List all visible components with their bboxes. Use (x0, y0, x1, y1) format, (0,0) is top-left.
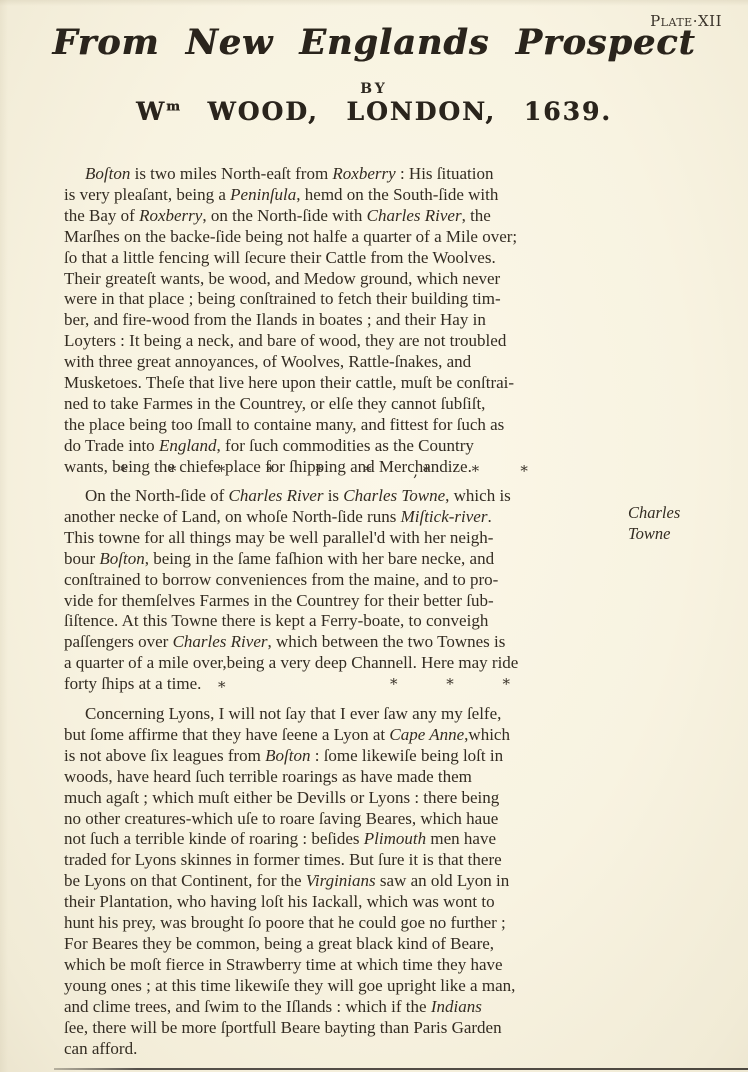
bottom-edge-line (54, 1068, 748, 1070)
text-line: were in that place ; being conſtrained t… (64, 289, 630, 310)
asterisk-ornament: * (218, 678, 226, 696)
text-line: be Lyons on that Continent, for the Virg… (64, 871, 630, 892)
ornament-row-2: *** (390, 675, 510, 693)
text-line: paſſengers over Charles River, which bet… (64, 632, 630, 653)
asterisk-ornament: * (315, 462, 323, 480)
text-line: another necke of Land, on whoſe North-ſi… (64, 507, 630, 528)
author-superscript: m (166, 100, 180, 115)
text-line: Boſton is two miles North-eaſt from Roxb… (64, 164, 630, 185)
text-line: ſee, there will be more ſportfull Beare … (64, 1018, 630, 1039)
text-line: Loyters : It being a neck, and bare of w… (64, 331, 630, 352)
text-line: Musketoes. Theſe that live here upon the… (64, 373, 630, 394)
paragraph-charles-towne: On the North-ſide of Charles River is Ch… (64, 486, 630, 695)
document-title: From New Englands Prospect (0, 22, 748, 63)
margin-note: Charles Towne (628, 502, 680, 544)
text-line: not ſuch a terrible kinde of roaring : b… (64, 829, 630, 850)
text-line: This towne for all things may be well pa… (64, 528, 630, 549)
text-line: and clime trees, and ſwim to the Iſlands… (64, 997, 630, 1018)
text-line: a quarter of a mile over,being a very de… (64, 653, 630, 674)
author-rest: WOOD, LONDON, 1639. (180, 97, 612, 126)
asterisk-ornament: * (520, 462, 528, 480)
text-line: but ſome affirme that they have ſeene a … (64, 725, 630, 746)
text-line: can afford. (64, 1039, 630, 1060)
margin-note-line-2: Towne (628, 523, 680, 544)
text-line: Marſhes on the backe-ſide being not half… (64, 227, 630, 248)
asterisk-ornament: * (503, 675, 511, 693)
text-line: no other creatures-which uſe to roare ſa… (64, 809, 630, 830)
asterisk-ornament: * (472, 462, 480, 480)
paragraph-boston: Boſton is two miles North-eaſt from Roxb… (64, 164, 630, 478)
text-line: do Trade into England, for ſuch commodit… (64, 436, 630, 457)
asterisk-ornament: * (267, 462, 275, 480)
text-line: which be moſt fierce in Strawberry time … (64, 955, 630, 976)
text-line: the Bay of Roxberry, on the North-ſide w… (64, 206, 630, 227)
text-line: forty ſhips at a time. (64, 674, 630, 695)
text-line: conſtrained to borrow conveniences from … (64, 570, 630, 591)
paragraph-lyons: Concerning Lyons, I will not ſay that I … (64, 704, 630, 1059)
page: Plate·XII From New Englands Prospect BY … (0, 0, 748, 1072)
text-line: ber, and fire-wood from the Ilands in bo… (64, 310, 630, 331)
text-line: with three great annoyances, of Woolves,… (64, 352, 630, 373)
text-line: is not above ſix leagues from Boſton : ſ… (64, 746, 630, 767)
text-line: the place being too ſmall to containe ma… (64, 415, 630, 436)
text-line: Their greateſt wants, be wood, and Medow… (64, 269, 630, 290)
text-line: For Beares they be common, being a great… (64, 934, 630, 955)
text-line: On the North-ſide of Charles River is Ch… (64, 486, 630, 507)
margin-note-line-1: Charles (628, 502, 680, 523)
text-line: hunt his prey, was brought ſo poore that… (64, 913, 630, 934)
text-line: bour Boſton, being in the ſame faſhion w… (64, 549, 630, 570)
text-line: ſo that a little fencing will ſecure the… (64, 248, 630, 269)
asterisk-ornament: * (218, 462, 226, 480)
ornament-row-1: ******, *** (120, 462, 528, 480)
text-line: ſiſtence. At this Towne there is kept a … (64, 611, 630, 632)
text-line: woods, have heard ſuch terrible roarings… (64, 767, 630, 788)
asterisk-ornament: * (390, 675, 398, 693)
text-line: ned to take Farmes in the Countrey, or e… (64, 394, 630, 415)
text-line: much agaſt ; which muſt either be Devill… (64, 788, 630, 809)
byline-by: BY (0, 81, 748, 97)
text-line: vide for themſelves Farmes in the Countr… (64, 591, 630, 612)
asterisk-ornament: , * (413, 462, 430, 480)
text-line: traded for Lyons skinnes in former times… (64, 850, 630, 871)
asterisk-ornament: * (169, 462, 177, 480)
author-initial: W (136, 97, 166, 126)
text-line: is very pleaſant, being a Peninſula, hem… (64, 185, 630, 206)
text-line: young ones ; at this time likewiſe they … (64, 976, 630, 997)
text-line: their Plantation, who having loſt his Ia… (64, 892, 630, 913)
author-line: Wm WOOD, LONDON, 1639. (0, 97, 748, 126)
asterisk-ornament: * (364, 462, 372, 480)
asterisk-ornament: * (120, 462, 128, 480)
text-line: Concerning Lyons, I will not ſay that I … (64, 704, 630, 725)
asterisk-ornament: * (446, 675, 454, 693)
